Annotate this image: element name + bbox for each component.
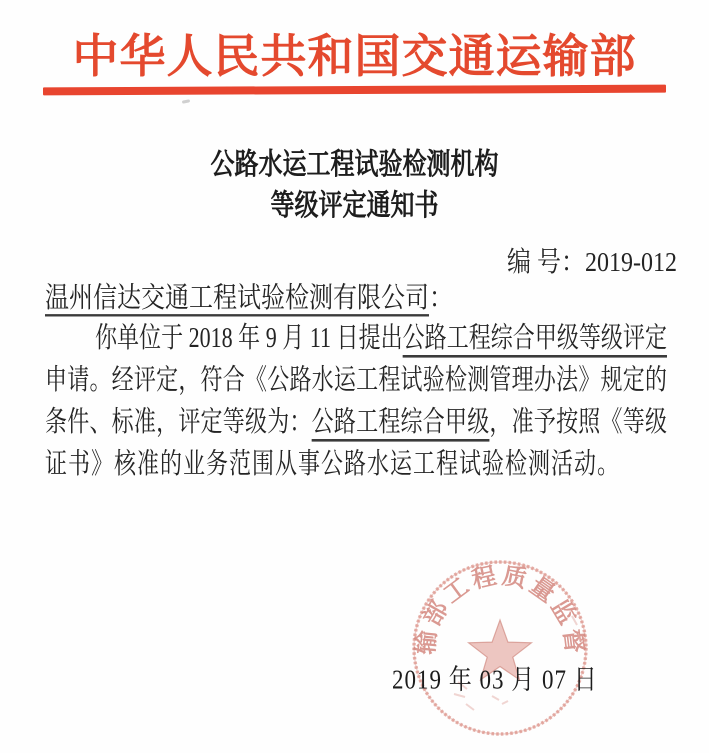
body-line1-underlined-text: 公路工程综合甲级等级评定	[403, 321, 667, 354]
body-line3-underlined-text: 公路工程综合甲级	[312, 405, 490, 438]
notice-title-line2: 等级评定通知书	[0, 181, 709, 224]
body-line1-text: 你单位于 2018 年 9 月 11 日提出	[95, 321, 403, 354]
body-paragraph-line-4: 证书》核准的业务范围从事公路水运工程试验检测活动。	[45, 442, 667, 482]
recipient-company-name: 温州信达交通工程试验检测有限公司	[45, 283, 429, 314]
body-paragraph-line-3: 条件、标准，评定等级为：公路工程综合甲级，准予按照《等级	[45, 400, 667, 440]
body-line3-text: 条件、标准，评定等级为：	[45, 405, 312, 438]
official-seal: 输部工程质量监督	[406, 554, 594, 742]
body-paragraph-line-1: 你单位于 2018 年 9 月 11 日提出公路工程综合甲级等级评定	[45, 316, 667, 356]
recipient-colon: ：	[429, 283, 453, 314]
issue-date: 2019 年 03 月 07 日	[392, 658, 598, 697]
notice-title-line1: 公路水运工程试验检测机构	[0, 140, 709, 183]
recipient-line: 温州信达交通工程试验检测有限公司：	[45, 274, 453, 315]
body-line3-post-text: ，准予按照《等级	[489, 405, 667, 438]
scan-speck	[182, 99, 190, 104]
masthead-rule	[43, 85, 666, 96]
scanned-notice-document: 中华人民共和国交通运输部 公路水运工程试验检测机构 等级评定通知书 编 号：20…	[0, 0, 709, 753]
body-paragraph-line-2: 申请。经评定，符合《公路水运工程试验检测管理办法》规定的	[45, 358, 667, 398]
ministry-masthead-title: 中华人民共和国交通运输部	[0, 20, 709, 86]
